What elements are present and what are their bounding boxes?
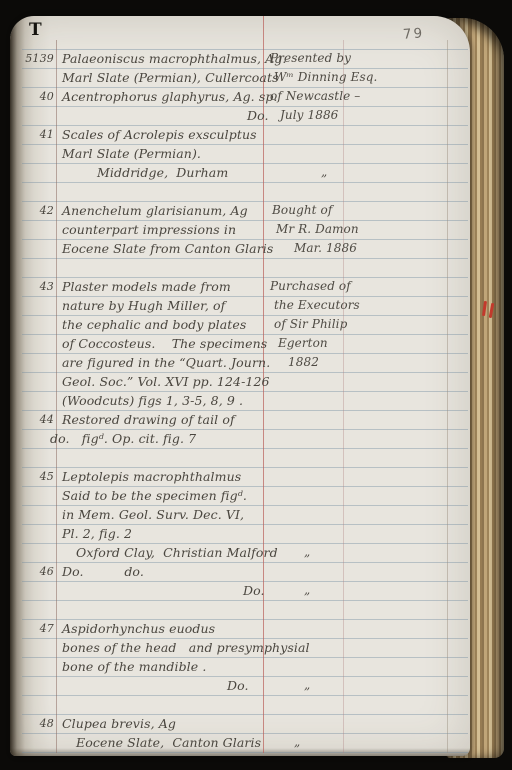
entry-text: Scales of Acrolepis exsculptus: [62, 125, 257, 144]
ledger-row: [0, 600, 512, 619]
ledger-row: [0, 695, 512, 714]
entry-note: 1882: [288, 353, 319, 372]
entry-text: (Woodcuts) figs 1, 3-5, 8, 9 .: [62, 391, 243, 410]
entry-text: in Mem. Geol. Surv. Dec. VI,: [62, 505, 244, 524]
entry-number: 41: [18, 125, 54, 144]
entry-number: 5139: [18, 49, 54, 68]
entry-text: Eocene Slate, Canton Glaris: [76, 733, 261, 752]
ledger-row: bone of the mandible .: [0, 657, 512, 676]
entry-note: the Executors: [274, 296, 360, 315]
entry-text: Aspidorhynchus euodus: [62, 619, 215, 638]
entry-number: 43: [18, 277, 54, 296]
entry-text: Said to be the specimen figᵈ.: [62, 486, 247, 505]
entry-note: of Newcastle –: [270, 87, 360, 106]
entry-text: Palaeoniscus macrophthalmus, Ag.: [62, 49, 286, 68]
ledger-row: Marl Slate (Permian), CullercoatsWᵐ Dinn…: [0, 68, 512, 87]
entry-text: Eocene Slate from Canton Glaris: [62, 239, 273, 258]
ledger-row: 43Plaster models made fromPurchased of: [0, 277, 512, 296]
entry-text: Do.: [227, 676, 249, 695]
entry-text: Geol. Soc.” Vol. XVI pp. 124-126: [62, 372, 270, 391]
ledger-row: Do.„: [0, 676, 512, 695]
entry-note: July 1886: [280, 106, 338, 125]
entry-text: Plaster models made from: [62, 277, 231, 296]
ledger-row: 48Clupea brevis, Ag: [0, 714, 512, 733]
entry-text: Clupea brevis, Ag: [62, 714, 176, 733]
ledger-row: counterpart impressions inMr R. Damon: [0, 220, 512, 239]
entry-text: are figured in the “Quart. Journ.: [62, 353, 270, 372]
entry-text: bones of the head and presymphysial: [62, 638, 310, 657]
entry-number: 44: [18, 410, 54, 429]
entry-number: 46: [18, 562, 54, 581]
ledger-row: Oxford Clay, Christian Malford„: [0, 543, 512, 562]
entry-text: Oxford Clay, Christian Malford: [76, 543, 278, 562]
entry-number: 40: [18, 87, 54, 106]
ledger-row: Do.„: [0, 581, 512, 600]
ledger-row: 42Anenchelum glarisianum, AgBought of: [0, 201, 512, 220]
entry-note: „: [321, 163, 327, 182]
entry-note: Wᵐ Dinning Esq.: [274, 68, 377, 87]
ledger-row: the cephalic and body platesof Sir Phili…: [0, 315, 512, 334]
entry-text: the cephalic and body plates: [62, 315, 246, 334]
ledger-row: 40Acentrophorus glaphyrus, Ag. sp.of New…: [0, 87, 512, 106]
entry-note: Mar. 1886: [294, 239, 357, 258]
red-edge-mark: [481, 299, 501, 323]
ledger-row: (Woodcuts) figs 1, 3-5, 8, 9 .: [0, 391, 512, 410]
ledger-row: [0, 182, 512, 201]
entry-note: „: [304, 581, 310, 600]
ledger-row: 41Scales of Acrolepis exsculptus: [0, 125, 512, 144]
ledger-row: 45Leptolepis macrophthalmus: [0, 467, 512, 486]
ledger-row: Middridge, Durham„: [0, 163, 512, 182]
ledger-row: of Coccosteus. The specimensEgerton: [0, 334, 512, 353]
entry-number: 45: [18, 467, 54, 486]
ledger-row: Eocene Slate from Canton GlarisMar. 1886: [0, 239, 512, 258]
ledger-row: Pl. 2, fig. 2: [0, 524, 512, 543]
entry-number: 42: [18, 201, 54, 220]
ledger-row: [0, 258, 512, 277]
ledger-row: Said to be the specimen figᵈ.: [0, 486, 512, 505]
entry-text: Anenchelum glarisianum, Ag: [62, 201, 248, 220]
entry-text: do. figᵈ. Op. cit. fig. 7: [50, 429, 196, 448]
ledger-photo: T 79 5139Palaeoniscus macrophthalmus, Ag…: [0, 0, 512, 770]
ledger-row: nature by Hugh Miller, ofthe Executors: [0, 296, 512, 315]
entry-text: Do.: [247, 106, 269, 125]
entry-text: of Coccosteus. The specimens: [62, 334, 267, 353]
entry-text: bone of the mandible .: [62, 657, 206, 676]
index-tab-letter: T: [29, 22, 42, 39]
entry-note: Egerton: [278, 334, 328, 353]
ledger-row: in Mem. Geol. Surv. Dec. VI,: [0, 505, 512, 524]
ledger-row: Marl Slate (Permian).: [0, 144, 512, 163]
entry-number: 47: [18, 619, 54, 638]
entry-note: Mr R. Damon: [276, 220, 359, 239]
ledger-row: Do.July 1886: [0, 106, 512, 125]
ledger-row: bones of the head and presymphysial: [0, 638, 512, 657]
entry-note: „: [304, 543, 310, 562]
ledger-row: are figured in the “Quart. Journ.1882: [0, 353, 512, 372]
entry-number: 48: [18, 714, 54, 733]
ledger-row: do. figᵈ. Op. cit. fig. 7: [0, 429, 512, 448]
ledger-row: Eocene Slate, Canton Glaris„: [0, 733, 512, 752]
entry-text: Do. do.: [62, 562, 144, 581]
ledger-row: 44Restored drawing of tail of: [0, 410, 512, 429]
entry-text: Restored drawing of tail of: [62, 410, 235, 429]
ledger-row: Geol. Soc.” Vol. XVI pp. 124-126: [0, 372, 512, 391]
ledger-row: 47Aspidorhynchus euodus: [0, 619, 512, 638]
page-number: 79: [403, 27, 425, 42]
ledger-row: 5139Palaeoniscus macrophthalmus, Ag.Pres…: [0, 49, 512, 68]
entry-text: Leptolepis macrophthalmus: [62, 467, 241, 486]
entry-note: „: [294, 733, 300, 752]
ledger-lines: 5139Palaeoniscus macrophthalmus, Ag.Pres…: [0, 49, 512, 752]
entry-note: Bought of: [272, 201, 332, 220]
entry-note: Purchased of: [270, 277, 351, 296]
entry-note: Presented by: [270, 49, 351, 68]
entry-text: Pl. 2, fig. 2: [62, 524, 132, 543]
entry-text: Acentrophorus glaphyrus, Ag. sp.: [62, 87, 278, 106]
entry-text: Middridge, Durham: [97, 163, 228, 182]
entry-text: counterpart impressions in: [62, 220, 236, 239]
ledger-row: 46Do. do.: [0, 562, 512, 581]
entry-note: „: [304, 676, 310, 695]
entry-text: Do.: [243, 581, 265, 600]
entry-text: Marl Slate (Permian).: [62, 144, 201, 163]
ledger-row: [0, 448, 512, 467]
entry-text: nature by Hugh Miller, of: [62, 296, 225, 315]
entry-text: Marl Slate (Permian), Cullercoats: [62, 68, 279, 87]
entry-note: of Sir Philip: [274, 315, 347, 334]
